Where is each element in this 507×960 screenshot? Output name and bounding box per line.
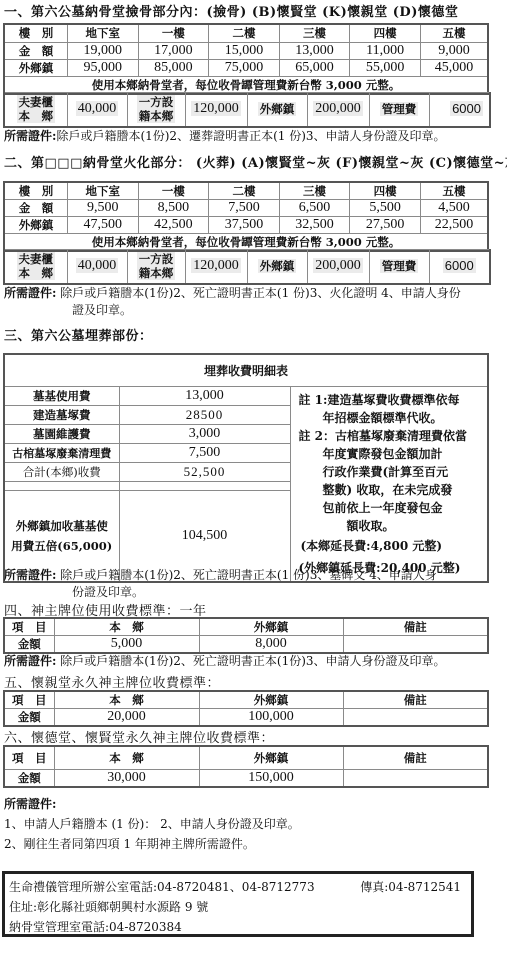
required-docs-text: 除戶或戶籍謄本(1份)2、死亡證明書正本(1 份)3、火化證明 4、申請人身份: [60, 286, 461, 300]
price-cell: 19,000: [68, 42, 139, 59]
header-local: 本 鄉: [54, 746, 199, 769]
outside-price: 200,000: [313, 101, 363, 116]
price-cell: 47,500: [68, 217, 139, 234]
section3-title: 三、第六公墓埋葬部份：: [4, 325, 153, 344]
section6-title: 六、懷德堂、懷賢堂永久神主牌位收費標準：: [4, 727, 274, 746]
section2-required-docs: 所需證件: 除戶或戶籍謄本(1份)2、死亡證明書正本(1 份)3、火化證明 4、…: [4, 285, 461, 319]
fee-value: 3,000: [119, 424, 290, 443]
table-header-row: 項 目 本 鄉 外鄉鎮 備註: [4, 691, 488, 709]
fee-value: 7,500: [119, 443, 290, 462]
required-docs-text: 除戶或戶籍謄本(1份)2、死亡證明書正本(1 份)3、墓碑文 4、申請人身: [60, 568, 437, 582]
header-local: 本 鄉: [54, 691, 199, 709]
note-line: 額收取。: [299, 517, 484, 535]
row-label: 金 額: [4, 200, 68, 217]
columbarium-phone: 納骨堂管理室電話:04-8720384: [9, 917, 467, 937]
header-1f: 一樓: [138, 24, 209, 42]
header-4f: 四樓: [350, 24, 421, 42]
section1-title: 一、第六公墓納骨堂撿骨部分內：(撿骨) (B)懷賢堂 (K)懷親堂 (D)懷德堂: [4, 1, 458, 20]
section2-couple-table: 夫妻櫃本 鄉 40,000 一方設籍本鄉 120,000 外鄉鎮 200,000…: [3, 249, 491, 285]
required-docs-text-cont: 證及印章。: [4, 302, 461, 319]
couple-niche-label: 夫妻櫃: [19, 95, 54, 109]
price-cell: 30,000: [54, 769, 199, 787]
required-docs-label: 所需證件:: [4, 129, 56, 143]
table-header-row: 樓 別 地下室 一樓 二樓 三樓 四樓 五樓: [4, 24, 488, 42]
header-outside: 外鄉鎮: [199, 618, 343, 636]
header-1f: 一樓: [138, 182, 209, 200]
couple-niche-row: 夫妻櫃本 鄉 40,000 一方設籍本鄉 120,000 外鄉鎮 200,000…: [4, 250, 490, 284]
note-line: 整數) 收取，在未完成發: [299, 481, 484, 499]
table-row: 金額 20,000 100,000: [4, 709, 488, 727]
price-cell: 8,500: [138, 200, 209, 217]
address: 住址:彰化縣社頭鄉朝興村水源路 9 號: [9, 897, 467, 917]
contact-info-box: 生命禮儀管理所辦公室電話:04-8720481、04-8712773 傳真:04…: [2, 871, 474, 937]
price-cell: 7,500: [209, 200, 280, 217]
header-outside: 外鄉鎮: [199, 691, 343, 709]
header-5f: 五樓: [420, 24, 488, 42]
one-local-price: 120,000: [191, 101, 241, 116]
price-cell: 17,000: [138, 42, 209, 59]
header-local: 本 鄉: [54, 618, 199, 636]
header-basement: 地下室: [68, 182, 139, 200]
header-remarks: 備註: [343, 691, 488, 709]
extension-fee-local: (本鄉延長費:4,800 元整): [299, 535, 484, 557]
price-cell: 42,500: [138, 217, 209, 234]
section4-required-docs: 所需證件: 除戶或戶籍謄本(1份)2、死亡證明書正本(1份)3、申請人身份證及印…: [4, 653, 446, 670]
one-local-label: 一方設: [139, 252, 174, 266]
required-docs-label: 所需證件:: [4, 654, 56, 668]
section5-table: 項 目 本 鄉 外鄉鎮 備註 金額 20,000 100,000: [3, 690, 489, 727]
burial-fee-table: 埋葬收費明細表 墓基使用費 13,000 註 1:建造墓塚費收費標準依每 年招標…: [3, 353, 489, 583]
row-label: 金額: [4, 769, 54, 787]
fee-label: 合計(本鄉)收費: [4, 462, 119, 481]
fax-number: 傳真:04-8712541: [360, 880, 461, 894]
outside-fee-label: 外鄉鎮加收墓基使: [16, 519, 108, 533]
table-row: 墓基使用費 13,000 註 1:建造墓塚費收費標準依每 年招標金額標準代收。 …: [4, 386, 488, 405]
table-row: 外鄉鎮 95,000 85,000 75,000 65,000 55,000 4…: [4, 59, 488, 76]
table-header-row: 項 目 本 鄉 外鄉鎮 備註: [4, 746, 488, 769]
header-item: 項 目: [4, 691, 54, 709]
management-fee-value: 6000: [443, 258, 476, 273]
price-cell: 37,500: [209, 217, 280, 234]
price-cell: 55,000: [350, 59, 421, 76]
fee-label: 古棺墓塚廢棄清理費: [4, 443, 119, 462]
outside-label: 外鄉鎮: [258, 259, 297, 273]
header-outside: 外鄉鎮: [199, 746, 343, 769]
section2-title: 二、第□□□納骨堂火化部分： (火葬) (A)懷賢堂~灰 (F)懷親堂~灰 (C…: [4, 152, 507, 171]
price-cell: 100,000: [199, 709, 343, 727]
price-cell: 20,000: [54, 709, 199, 727]
header-item: 項 目: [4, 746, 54, 769]
one-local-price: 120,000: [191, 258, 241, 273]
fee-label: 建造墓塚費: [4, 405, 119, 424]
header-5f: 五樓: [420, 182, 488, 200]
management-fee-value: 6000: [450, 101, 483, 116]
section1-couple-table: 夫妻櫃本 鄉 40,000 一方設籍本鄉 120,000 外鄉鎮 200,000…: [3, 92, 491, 128]
fee-value: 28500: [119, 405, 290, 424]
required-doc-item: 1、申請人戶籍謄本 (1 份)： 2、申請人身份證及印章。: [4, 814, 300, 834]
price-cell: 5,000: [54, 636, 199, 654]
fee-value: 52,500: [119, 462, 290, 481]
section5-title: 五、懷親堂永久神主牌位收費標準：: [4, 672, 220, 691]
header-remarks: 備註: [343, 746, 488, 769]
header-4f: 四樓: [350, 182, 421, 200]
fee-value: 13,000: [119, 386, 290, 405]
note-line: 註 2：古棺墓塚廢棄清理費依當: [299, 427, 484, 445]
price-cell: 75,000: [209, 59, 280, 76]
fee-label: 墓基使用費: [4, 386, 119, 405]
burial-table-title: 埋葬收費明細表: [4, 354, 488, 386]
header-remarks: 備註: [343, 618, 488, 636]
header-2f: 二樓: [209, 24, 280, 42]
management-fee-notice: 使用本鄉納骨堂者，每位收骨罈管理費新台幣 3,000 元整。: [4, 76, 488, 94]
price-cell: 22,500: [420, 217, 488, 234]
section1-required-docs: 所需證件:除戶或戶籍謄本(1份)2、遷葬證明書正本(1 份)3、申請人身份證及印…: [4, 128, 446, 145]
price-cell: 13,000: [279, 42, 350, 59]
table-row: 金 額 9,500 8,500 7,500 6,500 5,500 4,500: [4, 200, 488, 217]
one-local-label-2: 籍本鄉: [139, 109, 174, 123]
price-cell: 95,000: [68, 59, 139, 76]
section2-price-table: 樓 別 地下室 一樓 二樓 三樓 四樓 五樓 金 額 9,500 8,500 7…: [3, 181, 489, 252]
note-line: 包前依上一年度發包金: [299, 499, 484, 517]
one-local-label-2: 籍本鄉: [139, 266, 174, 280]
price-cell: 45,000: [420, 59, 488, 76]
price-cell: 4,500: [420, 200, 488, 217]
price-cell: 9,000: [420, 42, 488, 59]
table-row: 金額 30,000 150,000: [4, 769, 488, 787]
row-label: 金額: [4, 709, 54, 727]
office-phone: 生命禮儀管理所辦公室電話:04-8720481、04-8712773: [9, 880, 315, 894]
row-label: 金額: [4, 636, 54, 654]
price-cell: 8,000: [199, 636, 343, 654]
table-header-row: 項 目 本 鄉 外鄉鎮 備註: [4, 618, 488, 636]
remarks-cell: [343, 636, 488, 654]
required-docs-text: 除戶或戶籍謄本(1份)2、遷葬證明書正本(1 份)3、申請人身份證及印章。: [56, 129, 445, 143]
required-doc-item: 2、剛往生者同第四項 1 年期神主牌所需證件。: [4, 834, 300, 854]
management-fee-label: 管理費: [380, 102, 419, 116]
note-line: 年招標金額標準代收。: [299, 409, 484, 427]
couple-niche-label-2: 本 鄉: [19, 109, 54, 123]
section3-required-docs: 所需證件: 除戶或戶籍謄本(1份)2、死亡證明書正本(1 份)3、墓碑文 4、申…: [4, 567, 437, 601]
price-cell: 32,500: [279, 217, 350, 234]
burial-notes: 註 1:建造墓塚費收費標準依每 年招標金額標準代收。 註 2：古棺墓塚廢棄清理費…: [290, 386, 488, 582]
row-label: 外鄉鎮: [4, 217, 68, 234]
section6-table: 項 目 本 鄉 外鄉鎮 備註 金額 30,000 150,000: [3, 745, 489, 788]
header-3f: 三樓: [279, 182, 350, 200]
header-item: 項 目: [4, 618, 54, 636]
header-3f: 三樓: [279, 24, 350, 42]
price-cell: 150,000: [199, 769, 343, 787]
one-local-label: 一方設: [139, 95, 174, 109]
couple-niche-label-2: 本 鄉: [19, 266, 54, 280]
table-header-row: 樓 別 地下室 一樓 二樓 三樓 四樓 五樓: [4, 182, 488, 200]
outside-label: 外鄉鎮: [258, 102, 297, 116]
table-row: 金 額 19,000 17,000 15,000 13,000 11,000 9…: [4, 42, 488, 59]
table-row: 外鄉鎮 47,500 42,500 37,500 32,500 27,500 2…: [4, 217, 488, 234]
remarks-cell: [343, 769, 488, 787]
price-cell: 11,000: [350, 42, 421, 59]
required-docs-text: 除戶或戶籍謄本(1份)2、死亡證明書正本(1份)3、申請人身份證及印章。: [60, 654, 445, 668]
required-docs-text-cont: 份證及印章。: [4, 584, 437, 601]
couple-niche-row: 夫妻櫃本 鄉 40,000 一方設籍本鄉 120,000 外鄉鎮 200,000…: [4, 93, 490, 127]
header-2f: 二樓: [209, 182, 280, 200]
header-basement: 地下室: [68, 24, 139, 42]
couple-local-price: 40,000: [76, 101, 119, 116]
section4-table: 項 目 本 鄉 外鄉鎮 備註 金額 5,000 8,000: [3, 617, 489, 654]
header-floor: 樓 別: [4, 182, 68, 200]
section1-price-table: 樓 別 地下室 一樓 二樓 三樓 四樓 五樓 金 額 19,000 17,000…: [3, 23, 489, 95]
price-cell: 65,000: [279, 59, 350, 76]
section6-required-docs: 所需證件: 1、申請人戶籍謄本 (1 份)： 2、申請人身份證及印章。 2、剛往…: [4, 794, 300, 854]
price-cell: 27,500: [350, 217, 421, 234]
row-label: 外鄉鎮: [4, 59, 68, 76]
note-line: 註 1:建造墓塚費收費標準依每: [299, 391, 484, 409]
row-label: 金 額: [4, 42, 68, 59]
couple-niche-label: 夫妻櫃: [19, 252, 54, 266]
header-floor: 樓 別: [4, 24, 68, 42]
price-cell: 5,500: [350, 200, 421, 217]
note-line: 年度實際發包金額加計: [299, 445, 484, 463]
required-docs-label: 所需證件:: [4, 286, 56, 300]
table-row: 金額 5,000 8,000: [4, 636, 488, 654]
price-cell: 85,000: [138, 59, 209, 76]
couple-local-price: 40,000: [76, 258, 119, 273]
price-cell: 9,500: [68, 200, 139, 217]
remarks-cell: [343, 709, 488, 727]
management-fee-label: 管理費: [380, 259, 419, 273]
price-cell: 6,500: [279, 200, 350, 217]
required-docs-label: 所需證件:: [4, 797, 56, 811]
outside-price: 200,000: [313, 258, 363, 273]
price-cell: 15,000: [209, 42, 280, 59]
required-docs-label: 所需證件:: [4, 568, 56, 582]
outside-fee-label-2: 用費五倍(65,000): [11, 539, 112, 553]
note-line: 行政作業費(計算至百元: [299, 463, 484, 481]
fee-label: 墓園維護費: [4, 424, 119, 443]
